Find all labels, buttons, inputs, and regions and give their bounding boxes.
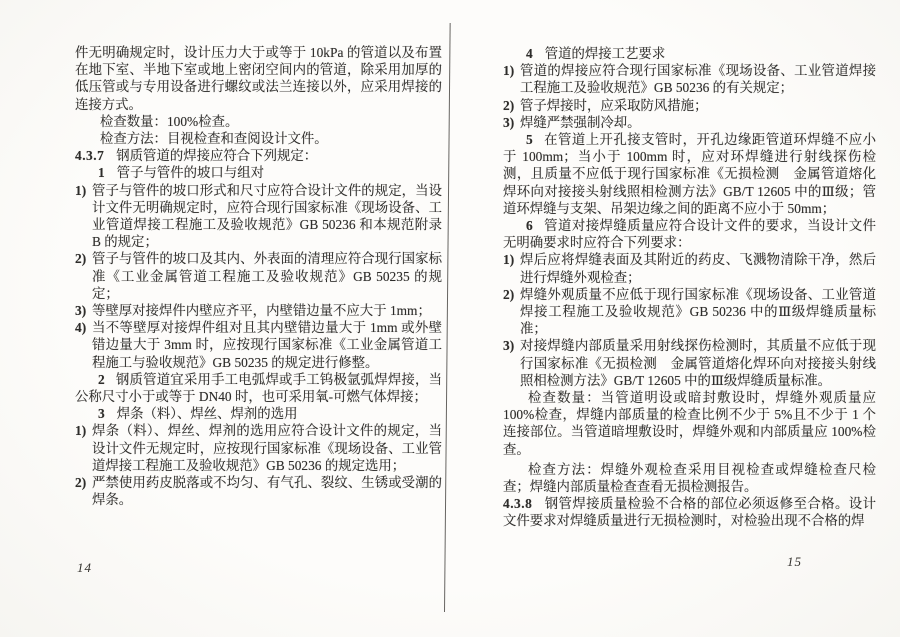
item-text: 钢质管道宜采用手工电弧焊或手工钨极氩弧焊焊接，当公称尺寸小于或等于 DN40 时… (75, 372, 442, 404)
clause-text: 钢管焊接质量检验不合格的部位必须返修至合格。设计文件要求对焊缝质量进行无损检测时… (503, 496, 876, 528)
right-page: 4管道的焊接工艺要求 1)管道的焊接应符合现行国家标准《现场设备、工业管道焊接工… (503, 45, 876, 530)
item-number: 4) (75, 319, 92, 371)
item-number: 2) (75, 250, 92, 302)
page-divider-line (444, 23, 451, 612)
list-item-level1: 4管道的焊接工艺要求 (503, 45, 876, 62)
clause-4-3-8: 4.3.8钢管焊接质量检验不合格的部位必须返修至合格。设计文件要求对焊缝质量进行… (503, 495, 876, 529)
item-text: 在管道上开孔接支管时，开孔边缘距管道环焊缝不应小于 100mm；当小于 100m… (503, 132, 876, 216)
check-method-line: 检查方法：目视检查和查阅设计文件。 (75, 130, 442, 147)
item-number: 4 (526, 46, 533, 61)
list-item-level2: 3)对接焊缝内部质量采用射线探伤检测时，其质量不应低于现行国家标准《无损检测 金… (503, 337, 876, 389)
scanned-document-spread: 件无明确规定时，设计压力大于或等于 10kPa 的管道以及布置在地下室、半地下室… (0, 0, 900, 637)
item-text: 严禁使用药皮脱落或不均匀、有气孔、裂纹、生锈或受潮的焊条。 (92, 474, 442, 508)
clause-text: 钢质管道的焊接应符合下列规定： (116, 148, 317, 163)
item-number: 6 (526, 218, 533, 233)
item-text: 对接焊缝内部质量采用射线探伤检测时，其质量不应低于现行国家标准《无损检测 金属管… (520, 337, 876, 389)
item-text: 当不等壁厚对接焊件组对且其内壁错边量大于 1mm 或外壁错边量大于 3mm 时，… (92, 319, 442, 371)
list-item-level2: 1)管道的焊接应符合现行国家标准《现场设备、工业管道焊接工程施工及验收规范》GB… (503, 62, 876, 96)
item-text: 等壁厚对接焊件内壁应齐平，内壁错边量不应大于 1mm； (92, 302, 442, 319)
paragraph-text: 件无明确规定时，设计压力大于或等于 10kPa 的管道以及布置在地下室、半地下室… (75, 45, 442, 112)
paragraph-continued: 件无明确规定时，设计压力大于或等于 10kPa 的管道以及布置在地下室、半地下室… (75, 44, 442, 113)
paragraph-text: 检查方法：焊缝外观检查采用目视检查或焊缝检查尺检查；焊缝内部质量检查查看无损检测… (503, 462, 876, 494)
item-number: 2) (75, 474, 92, 508)
item-text: 焊缝严禁强制冷却。 (520, 114, 876, 131)
list-item-level2: 1)焊条（料）、焊丝、焊剂的选用应符合设计文件的规定，当设计文件无规定时，应按现… (75, 422, 442, 474)
paragraph-text: 检查数量：当管道明设或暗封敷设时，焊缝外观质量应 100%检查，焊缝内部质量的检… (503, 390, 876, 457)
list-item-level1: 3焊条（料）、焊丝、焊剂的选用 (75, 405, 442, 422)
item-text: 焊后应将焊缝表面及其附近的药皮、飞溅物清除干净，然后进行焊缝外观检查； (520, 251, 876, 285)
item-text: 管道的焊接应符合现行国家标准《现场设备、工业管道焊接工程施工及验收规范》GB 5… (520, 62, 876, 96)
item-number: 1) (75, 422, 92, 474)
list-item-level2: 3)焊缝严禁强制冷却。 (503, 114, 876, 131)
item-text: 管道对接焊缝质量应符合设计文件的要求，当设计文件无明确要求时应符合下列要求： (503, 218, 876, 250)
paragraph-text: 检查数量：100%检查。 (100, 114, 238, 129)
item-text: 管子与管件的坡口及其内、外表面的清理应符合现行国家标准《工业金属管道工程施工及验… (92, 250, 442, 302)
check-quantity-line: 检查数量：当管道明设或暗封敷设时，焊缝外观质量应 100%检查，焊缝内部质量的检… (503, 389, 876, 458)
item-number: 1) (75, 182, 92, 251)
paragraph-text: 检查方法：目视检查和查阅设计文件。 (100, 131, 328, 146)
list-item-level1: 1管子与管件的坡口与组对 (75, 164, 442, 181)
item-number: 2) (503, 97, 520, 114)
left-page: 件无明确规定时，设计压力大于或等于 10kPa 的管道以及布置在地下室、半地下室… (75, 44, 442, 508)
list-item-level1-wrap: 5在管道上开孔接支管时，开孔边缘距管道环焊缝不应小于 100mm；当小于 100… (503, 131, 876, 217)
item-number: 3) (75, 302, 92, 319)
item-text: 焊缝外观质量不应低于现行国家标准《现场设备、工业管道焊接工程施工及验收规范》GB… (520, 286, 876, 338)
item-number: 1) (503, 62, 520, 96)
list-item-level2: 3)等壁厚对接焊件内壁应齐平，内壁错边量不应大于 1mm； (75, 302, 442, 319)
item-text: 管道的焊接工艺要求 (545, 46, 666, 61)
item-text: 管子与管件的坡口与组对 (117, 165, 264, 180)
right-page-number: 15 (787, 554, 802, 570)
clause-number: 4.3.7 (75, 148, 104, 163)
item-number: 3) (503, 337, 520, 389)
item-number: 1) (503, 251, 520, 285)
check-method-line: 检查方法：焊缝外观检查采用目视检查或焊缝检查尺检查；焊缝内部质量检查查看无损检测… (503, 461, 876, 495)
list-item-level2: 1)焊后应将焊缝表面及其附近的药皮、飞溅物清除干净，然后进行焊缝外观检查； (503, 251, 876, 285)
list-item-level1-wrap: 2钢质管道宜采用手工电弧焊或手工钨极氩弧焊焊接，当公称尺寸小于或等于 DN40 … (75, 371, 442, 405)
list-item-level2: 2)管子与管件的坡口及其内、外表面的清理应符合现行国家标准《工业金属管道工程施工… (75, 250, 442, 302)
list-item-level2: 4)当不等壁厚对接焊件组对且其内壁错边量大于 1mm 或外壁错边量大于 3mm … (75, 319, 442, 371)
item-text: 焊条（料）、焊丝、焊剂的选用应符合设计文件的规定，当设计文件无规定时，应按现行国… (92, 422, 442, 474)
list-item-level1-wrap: 6管道对接焊缝质量应符合设计文件的要求，当设计文件无明确要求时应符合下列要求： (503, 217, 876, 251)
list-item-level2: 2)严禁使用药皮脱落或不均匀、有气孔、裂纹、生锈或受潮的焊条。 (75, 474, 442, 508)
left-page-number: 14 (77, 560, 92, 576)
list-item-level2: 1)管子与管件的坡口形式和尺寸应符合设计文件的规定，当设计文件无明确规定时，应符… (75, 182, 442, 251)
item-text: 焊条（料）、焊丝、焊剂的选用 (117, 406, 298, 421)
item-number: 1 (98, 165, 105, 180)
item-number: 2 (98, 372, 105, 387)
clause-4-3-7: 4.3.7钢质管道的焊接应符合下列规定： (75, 147, 442, 164)
list-item-level2: 2)管子焊接时，应采取防风措施； (503, 97, 876, 114)
item-number: 2) (503, 286, 520, 338)
clause-number: 4.3.8 (503, 496, 532, 511)
item-text: 管子焊接时，应采取防风措施； (520, 97, 876, 114)
check-quantity-line: 检查数量：100%检查。 (75, 113, 442, 130)
item-number: 3 (98, 406, 105, 421)
item-number: 5 (526, 132, 533, 147)
item-number: 3) (503, 114, 520, 131)
list-item-level2: 2)焊缝外观质量不应低于现行国家标准《现场设备、工业管道焊接工程施工及验收规范》… (503, 286, 876, 338)
item-text: 管子与管件的坡口形式和尺寸应符合设计文件的规定，当设计文件无明确规定时，应符合现… (92, 182, 442, 251)
